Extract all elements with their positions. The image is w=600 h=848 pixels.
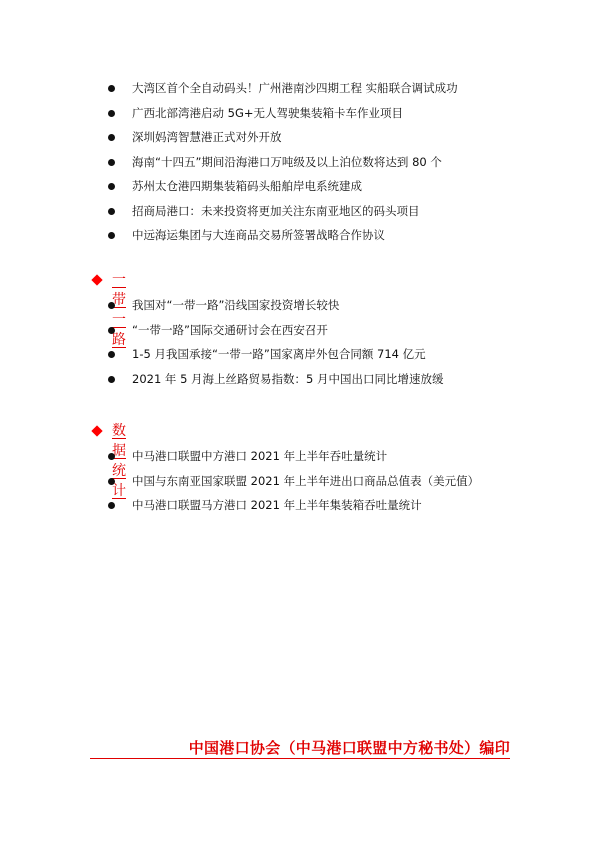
diamond-icon — [91, 274, 102, 285]
bullet-icon — [108, 85, 115, 92]
bullet-icon — [108, 232, 115, 239]
bullet-icon — [108, 327, 115, 334]
bullet-icon — [108, 159, 115, 166]
bullet-icon — [108, 183, 115, 190]
bullet-icon — [108, 134, 115, 141]
section-title[interactable]: 一带一路 — [112, 270, 126, 350]
bullet-icon — [108, 376, 115, 383]
bullet-icon — [108, 351, 115, 358]
bullet-icon — [108, 110, 115, 117]
diamond-icon — [91, 425, 102, 436]
bullet-icon — [108, 208, 115, 215]
publisher-credit: 中国港口协会（中马港口联盟中方秘书处）编印 — [189, 738, 510, 758]
bullet-icon — [108, 453, 115, 460]
bullet-icon — [108, 302, 115, 309]
section-title[interactable]: 数据统计 — [112, 421, 126, 501]
bullet-icon — [108, 502, 115, 509]
bullet-icon — [108, 478, 115, 485]
footer-divider — [90, 758, 510, 759]
footer: 中国港口协会（中马港口联盟中方秘书处）编印 — [90, 738, 510, 762]
